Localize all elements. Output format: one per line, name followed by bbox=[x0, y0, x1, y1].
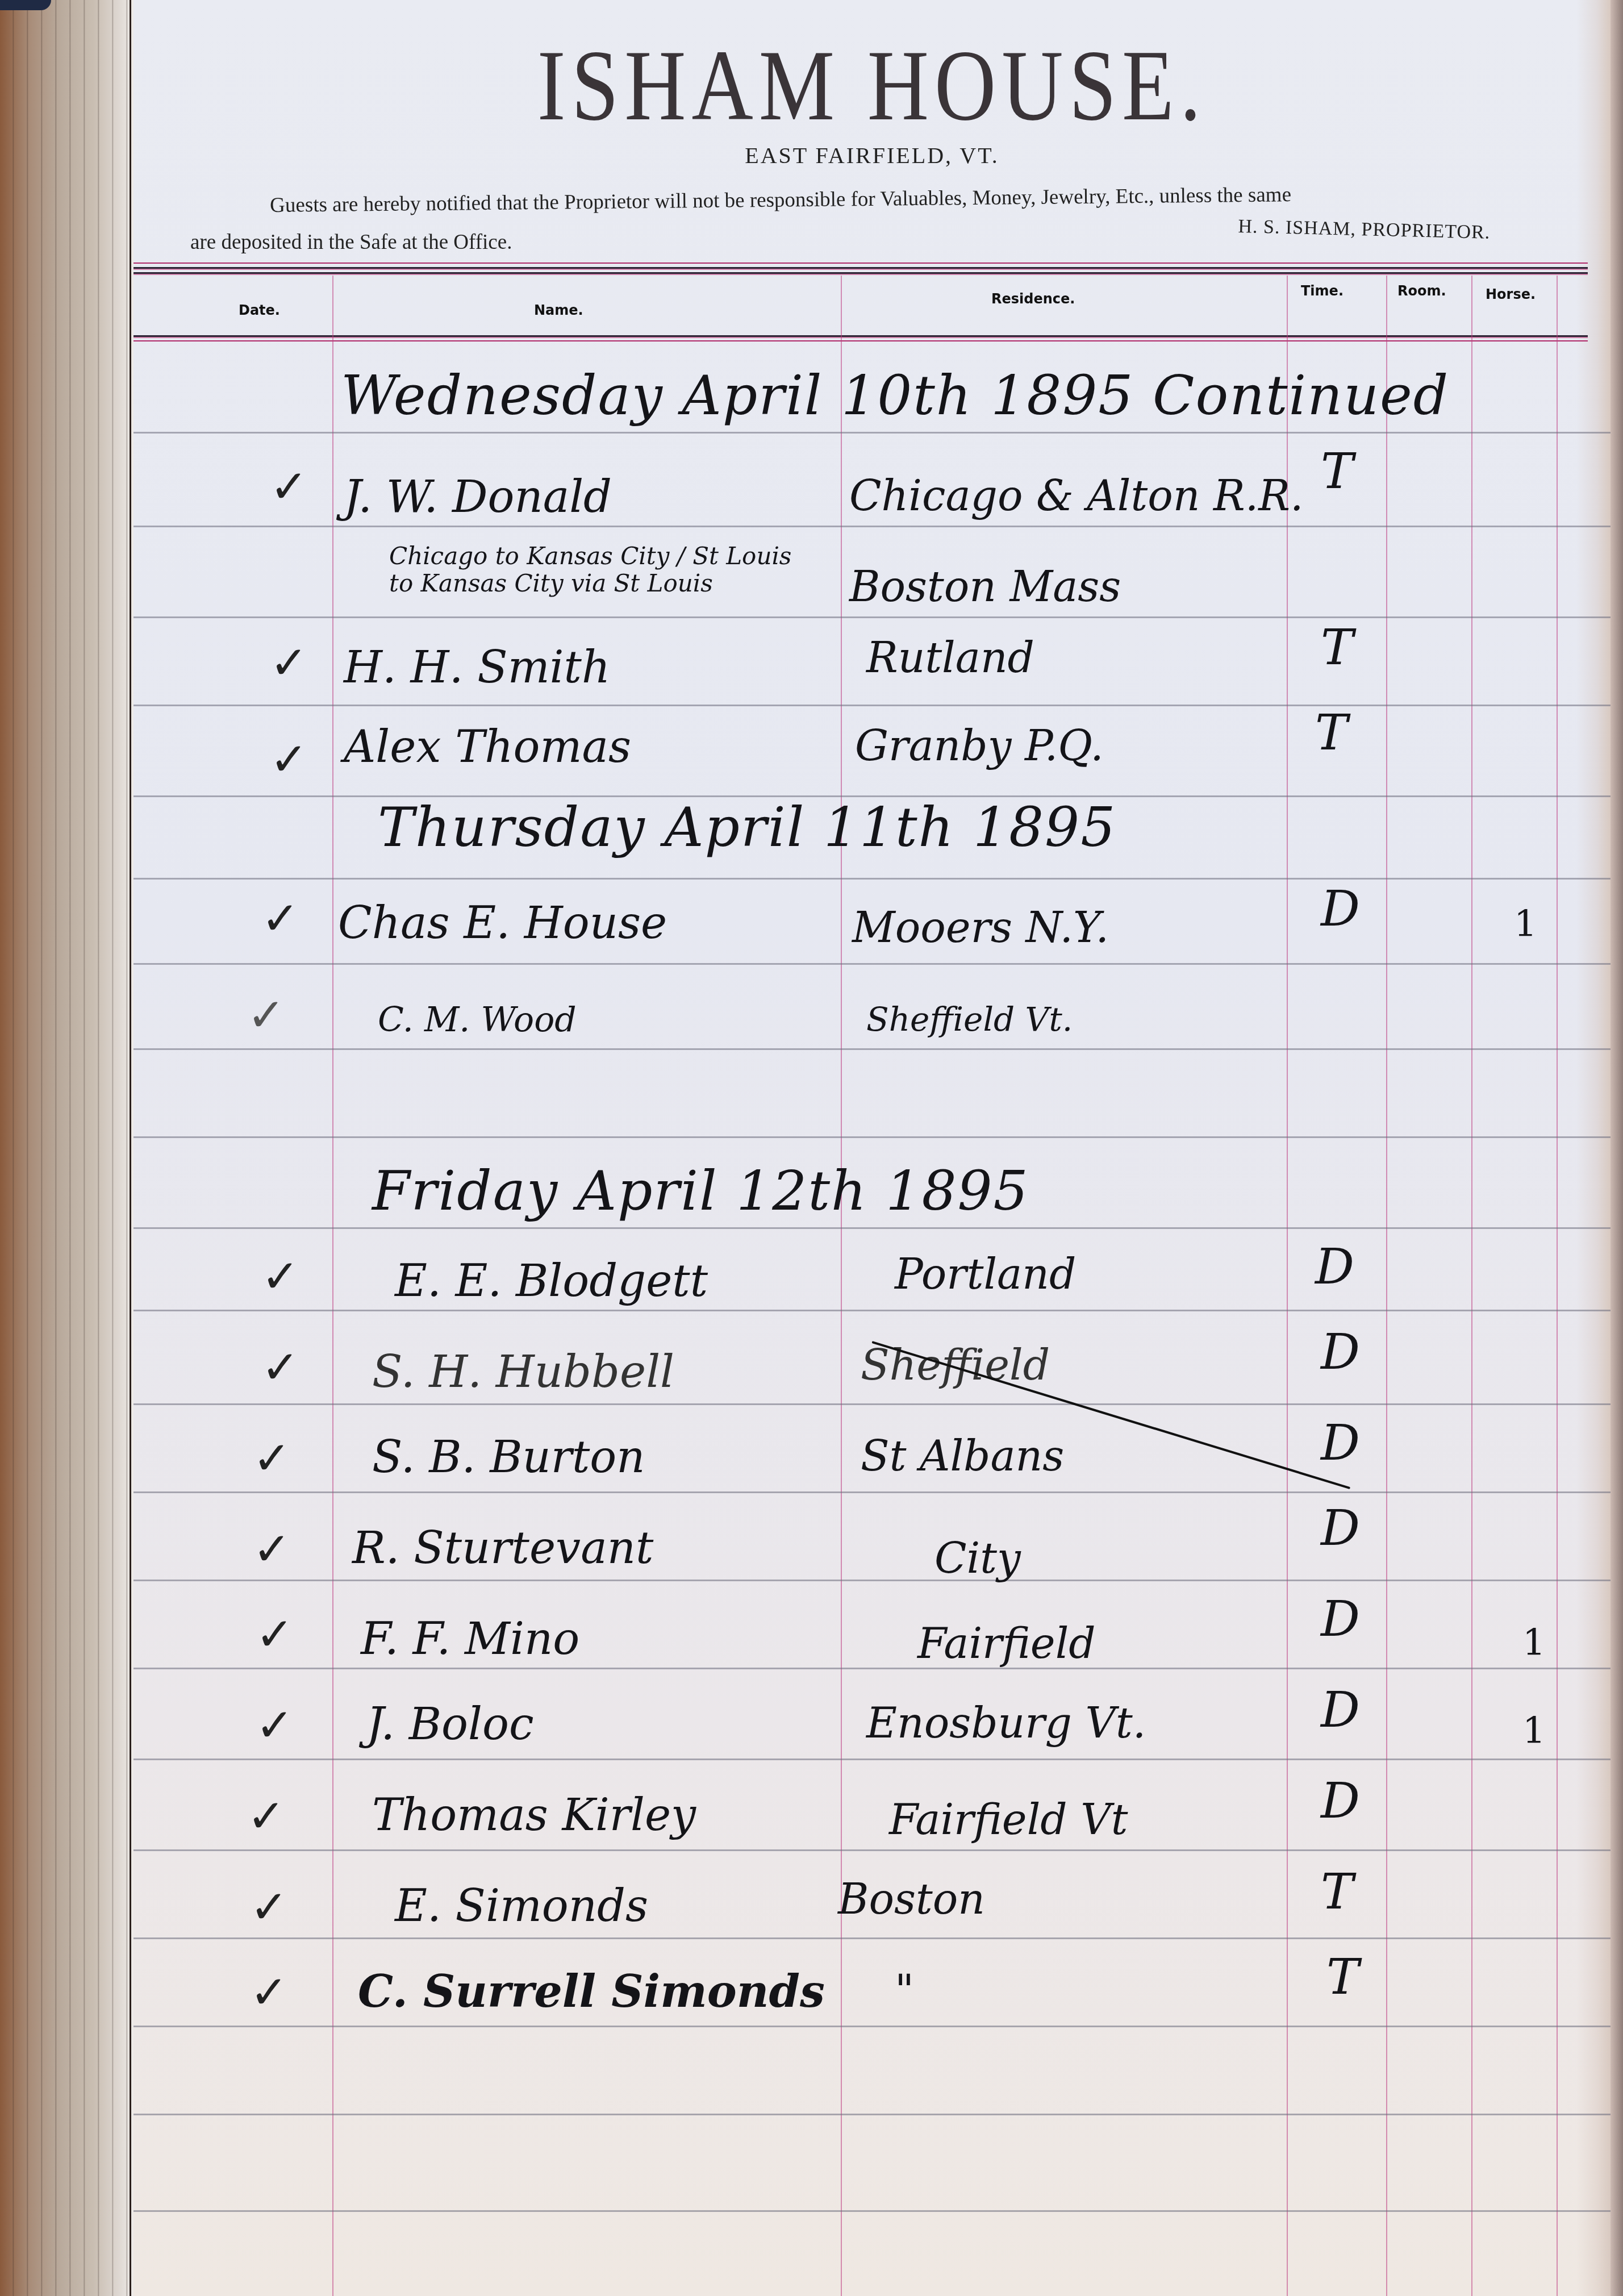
arrival-time: D bbox=[1321, 1500, 1360, 1557]
ruled-line bbox=[133, 1849, 1611, 1851]
arrival-time: D bbox=[1321, 1773, 1360, 1830]
arrival-time: D bbox=[1321, 1682, 1360, 1739]
guest-residence: Chicago & Alton R.R. bbox=[849, 472, 1303, 520]
notice-line-2: are deposited in the Safe at the Office. bbox=[190, 230, 512, 255]
arrival-time: D bbox=[1321, 1415, 1360, 1472]
guest-name: H. H. Smith bbox=[344, 642, 610, 693]
book-right-edge bbox=[1611, 0, 1623, 2296]
hotel-location: EAST FAIRFIELD, VT. bbox=[133, 142, 1611, 169]
arrival-time: D bbox=[1321, 881, 1360, 937]
ruled-line bbox=[133, 1580, 1611, 1581]
checkmark: ✓ bbox=[253, 1432, 291, 1485]
ruled-line bbox=[133, 1759, 1611, 1760]
guest-name: Chas E. House bbox=[338, 898, 667, 949]
guest-name: R. Sturtevant bbox=[352, 1523, 653, 1574]
guest-residence: Boston Mass bbox=[849, 562, 1121, 611]
arrival-time: D bbox=[1321, 1591, 1360, 1648]
guest-name: E. Simonds bbox=[395, 1881, 648, 1932]
ruled-line bbox=[133, 963, 1611, 965]
arrival-time: T bbox=[1321, 443, 1353, 500]
book-page-stack bbox=[0, 0, 133, 2296]
day-heading-thursday: Thursday April 11th 1895 bbox=[378, 795, 1116, 859]
column-header-name: Name. bbox=[534, 302, 583, 318]
day-heading-friday: Friday April 12th 1895 bbox=[372, 1159, 1029, 1223]
ruled-line bbox=[133, 2210, 1611, 2212]
checkmark: ✓ bbox=[250, 1881, 288, 1934]
column-divider-name-residence bbox=[841, 276, 842, 2296]
checkmark: ✓ bbox=[250, 1966, 288, 2019]
day-heading-wednesday: Wednesday April 10th 1895 Continued bbox=[341, 364, 1449, 427]
ruled-line bbox=[133, 1403, 1611, 1405]
ruled-line bbox=[133, 1048, 1611, 1050]
guest-name: J. Boloc bbox=[366, 1699, 534, 1750]
column-header-time: Time. bbox=[1301, 283, 1344, 299]
guest-name-struck: S. H. Hubbell bbox=[372, 1347, 674, 1398]
ruled-line bbox=[133, 2114, 1611, 2115]
checkmark: ✓ bbox=[256, 1608, 294, 1661]
guest-name: S. B. Burton bbox=[372, 1432, 645, 1483]
ruled-line bbox=[133, 1491, 1611, 1493]
header-top-rule bbox=[133, 262, 1588, 277]
guest-residence: Boston bbox=[838, 1875, 985, 1924]
column-divider-horse-end bbox=[1557, 276, 1558, 2296]
horse-count: 1 bbox=[1514, 903, 1537, 945]
checkmark: ✓ bbox=[247, 1790, 285, 1843]
arrival-time: T bbox=[1321, 619, 1353, 676]
guest-name: Thomas Kirley bbox=[372, 1790, 696, 1841]
hotel-title: ISHAM HOUSE. bbox=[133, 28, 1611, 144]
ledger-page: ISHAM HOUSE. EAST FAIRFIELD, VT. Guests … bbox=[133, 0, 1611, 2296]
notice-line-1: Guests are hereby notified that the Prop… bbox=[270, 182, 1291, 218]
arrival-time: D bbox=[1321, 1324, 1360, 1381]
guest-name: C. M. Wood bbox=[378, 1000, 577, 1040]
checkmark: ✓ bbox=[270, 636, 308, 689]
checkmark: ✓ bbox=[253, 1523, 291, 1576]
header-bottom-rule bbox=[133, 335, 1588, 345]
column-header-date: Date. bbox=[239, 302, 280, 318]
checkmark: ✓ bbox=[261, 1250, 299, 1303]
guest-residence: Portland bbox=[895, 1250, 1076, 1299]
ruled-line bbox=[133, 1136, 1611, 1138]
ruled-line bbox=[133, 878, 1611, 880]
guest-residence: Granby P.Q. bbox=[855, 722, 1104, 770]
guest-name: C. Surrell Simonds bbox=[358, 1966, 825, 2018]
checkmark: ✓ bbox=[270, 460, 308, 513]
arrival-time: T bbox=[1315, 705, 1347, 761]
guest-route-note: Chicago to Kansas City / St Louis to Kan… bbox=[389, 543, 798, 597]
column-divider-time-room bbox=[1386, 276, 1387, 2296]
checkmark: ✓ bbox=[261, 892, 299, 945]
guest-residence: City bbox=[934, 1534, 1021, 1583]
background-corner bbox=[0, 0, 51, 10]
column-divider-residence-time bbox=[1287, 276, 1288, 2296]
ruled-line bbox=[133, 2026, 1611, 2027]
checkmark: ✓ bbox=[256, 1699, 294, 1752]
column-divider-date-name bbox=[332, 276, 333, 2296]
guest-residence: Fairfield Vt bbox=[889, 1795, 1128, 1844]
ruled-line bbox=[133, 1668, 1611, 1669]
guest-name: F. F. Mino bbox=[361, 1614, 579, 1665]
ruled-line bbox=[133, 616, 1611, 618]
checkmark: ✓ bbox=[270, 733, 308, 786]
checkmark: ✓ bbox=[261, 1341, 299, 1394]
guest-residence: Rutland bbox=[866, 634, 1034, 682]
horse-count: 1 bbox=[1522, 1710, 1546, 1752]
ruled-line bbox=[133, 1227, 1611, 1229]
arrival-time: T bbox=[1326, 1949, 1359, 2006]
ruled-line bbox=[133, 1310, 1611, 1311]
column-header-row: Date. Name. Residence. Time. Room. Horse… bbox=[133, 284, 1588, 338]
guest-residence: Fairfield bbox=[917, 1619, 1096, 1668]
arrival-time: D bbox=[1315, 1239, 1354, 1295]
ruled-line bbox=[133, 526, 1611, 527]
ruled-line bbox=[133, 432, 1611, 434]
column-header-residence: Residence. bbox=[991, 291, 1075, 307]
horse-count: 1 bbox=[1522, 1622, 1546, 1664]
guest-name: E. E. Blodgett bbox=[395, 1256, 708, 1307]
proprietor-signature: H. S. ISHAM, PROPRIETOR. bbox=[1238, 216, 1491, 244]
guest-residence: Sheffield Vt. bbox=[866, 1000, 1073, 1039]
column-header-room: Room. bbox=[1397, 283, 1446, 299]
guest-residence-ditto: " bbox=[895, 1966, 914, 2015]
arrival-time: T bbox=[1321, 1864, 1353, 1920]
guest-name: J. W. Donald bbox=[344, 472, 612, 523]
column-header-horse: Horse. bbox=[1486, 286, 1536, 302]
guest-residence: Mooers N.Y. bbox=[852, 903, 1109, 952]
ruled-line bbox=[133, 705, 1611, 706]
ruled-line bbox=[133, 1937, 1611, 1939]
guest-name: Alex Thomas bbox=[344, 722, 631, 773]
guest-residence: Enosburg Vt. bbox=[866, 1699, 1146, 1748]
checkmark: ✓ bbox=[247, 989, 285, 1041]
guest-residence: St Albans bbox=[861, 1432, 1064, 1481]
column-divider-room-horse bbox=[1471, 276, 1472, 2296]
